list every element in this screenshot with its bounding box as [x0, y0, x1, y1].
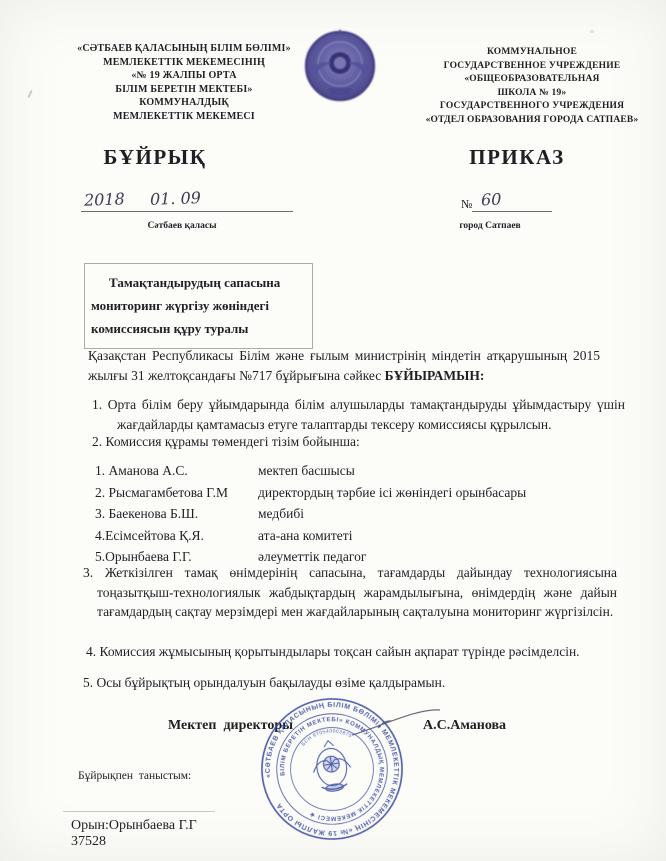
org-line: ГОСУДАРСТВЕННОЕ УЧРЕЖДЕНИЕ	[402, 60, 662, 74]
executor-number: 37528	[71, 834, 106, 850]
scan-artifact	[27, 90, 32, 98]
date-underline	[81, 211, 293, 212]
member-role: ата-ана комитеті	[258, 525, 595, 547]
org-line: БІЛІМ БЕРЕТІН МЕКТЕБІ»	[58, 83, 310, 97]
org-line: ГОСУДАРСТВЕННОГО УЧРЕЖДЕНИЯ	[402, 100, 662, 114]
order-title-kk: БҰЙРЫҚ	[80, 145, 230, 170]
handwritten-number: 60	[481, 190, 502, 210]
member-row: 4.Есімсейтова Қ.Я. ата-ана комитеті	[95, 525, 595, 547]
state-emblem-icon	[300, 26, 380, 108]
member-name: 3. Баекенова Б.Ш.	[95, 503, 258, 525]
executor-line	[63, 811, 215, 812]
org-line: КОММУНАЛДЫҚ	[58, 96, 310, 110]
subject-line: Тамақтандырудың сапасына	[91, 271, 307, 294]
commission-list: 1. Аманова А.С. мектеп басшысы 2. Рысмаг…	[95, 460, 595, 568]
member-role: директордың тәрбие ісі жөніндегі орынбас…	[258, 482, 595, 504]
order-item-1: 1. Орта білім беру ұйымдарында білім алу…	[92, 395, 625, 434]
org-line: «ОТДЕЛ ОБРАЗОВАНИЯ ГОРОДА САТПАЕВ»	[402, 114, 662, 128]
place-kk: Сәтбаев қаласы	[122, 221, 242, 231]
order-title-ru: ПРИКАЗ	[442, 145, 592, 170]
official-stamp-icon: «СӘТБАЕВ ҚАЛАСЫНЫҢ БІЛІМ БӨЛІМІ» МЕМЛЕКЕ…	[258, 695, 406, 843]
place-ru: город Сатпаев	[430, 221, 550, 231]
scan-artifact	[590, 30, 594, 33]
order-item-2: 2. Комиссия құрамы төмендегі тізім бойын…	[92, 432, 600, 452]
subject-line: комиссиясын құру туралы	[91, 317, 307, 340]
org-line: «ОБЩЕОБРАЗОВАТЕЛЬНАЯ	[402, 73, 662, 87]
intro-bold-word: БҰЙЫРАМЫН:	[385, 368, 485, 383]
member-role: медбибі	[258, 503, 595, 525]
handwritten-date: 01. 09	[150, 188, 202, 209]
org-header-kazakh: «СӘТБАЕВ ҚАЛАСЫНЫҢ БІЛІМ БӨЛІМІ» МЕМЛЕКЕ…	[58, 42, 310, 123]
intro-text: Қазақстан Республикасы Білім және ғылым …	[88, 348, 600, 383]
member-role: мектеп басшысы	[258, 460, 595, 482]
member-row: 1. Аманова А.С. мектеп басшысы	[95, 460, 595, 482]
subject-box: Тамақтандырудың сапасына мониторинг жүрг…	[84, 263, 313, 349]
number-underline	[472, 211, 552, 212]
order-item-4: 4. Комиссия жұмысының қорытындылары тоқс…	[86, 642, 602, 662]
org-line: «№ 19 ЖАЛПЫ ОРТА	[58, 69, 310, 83]
acknowledgement-label: Бұйрықпен таныстым:	[78, 770, 191, 782]
org-line: МЕМЛЕКЕТТІК МЕКЕМЕСІ	[58, 110, 310, 124]
member-row: 2. Рысмагамбетова Г.М директордың тәрбие…	[95, 482, 595, 504]
handwritten-year: 2018	[84, 189, 125, 209]
subject-line: мониторинг жүргізу жөніндегі	[91, 294, 307, 317]
number-label: №	[461, 197, 472, 212]
intro-paragraph: Қазақстан Республикасы Білім және ғылым …	[88, 346, 600, 385]
org-line: ШКОЛА № 19»	[402, 87, 662, 101]
member-name: 4.Есімсейтова Қ.Я.	[95, 525, 258, 547]
order-item-3: 3. Жеткізілген тамақ өнімдерінің сапасын…	[83, 563, 617, 622]
order-item-5: 5. Осы бұйрықтың орындалуын бақылауды өз…	[83, 673, 599, 693]
member-row: 3. Баекенова Б.Ш. медбибі	[95, 503, 595, 525]
executor-name: Орын:Орынбаева Г.Г	[71, 818, 197, 834]
org-line: «СӘТБАЕВ ҚАЛАСЫНЫҢ БІЛІМ БӨЛІМІ»	[58, 42, 310, 56]
org-line: КОММУНАЛЬНОЕ	[402, 46, 662, 60]
member-name: 2. Рысмагамбетова Г.М	[95, 482, 258, 504]
org-header-russian: КОММУНАЛЬНОЕ ГОСУДАРСТВЕННОЕ УЧРЕЖДЕНИЕ …	[402, 46, 662, 127]
scanned-order-document: «СӘТБАЕВ ҚАЛАСЫНЫҢ БІЛІМ БӨЛІМІ» МЕМЛЕКЕ…	[0, 0, 666, 861]
org-line: МЕМЛЕКЕТТІК МЕКЕМЕСІНІҢ	[58, 56, 310, 70]
member-name: 1. Аманова А.С.	[95, 460, 258, 482]
